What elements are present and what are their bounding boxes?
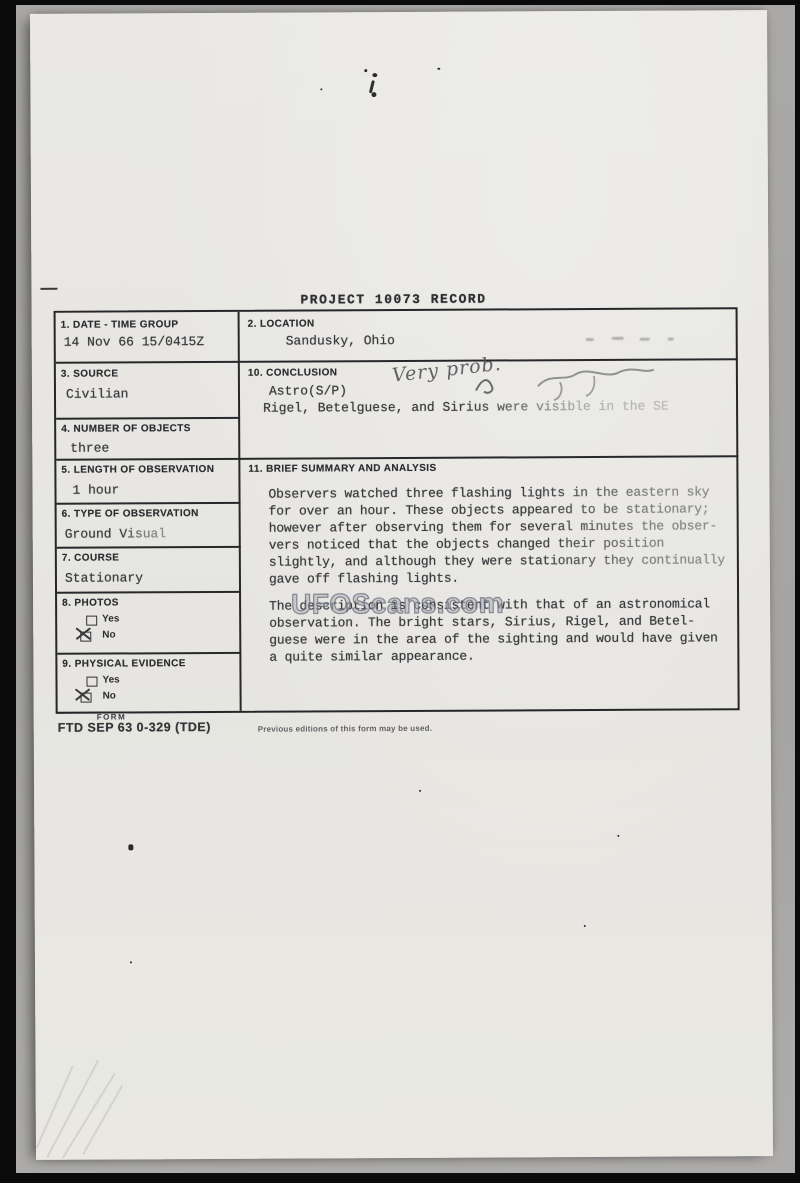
ink-speck (617, 835, 619, 837)
document-page: PROJECT 10073 RECORD 1. DATE - TIME GROU… (30, 10, 773, 1160)
paper-scratch (36, 1065, 74, 1148)
type-of-observation-label: 6. TYPE OF OBSERVATION (62, 508, 199, 520)
stray-dash-mark (40, 288, 57, 290)
ink-speck (437, 68, 440, 70)
footer-note: Previous editions of this form may be us… (258, 724, 432, 734)
photos-no-label: No (102, 629, 115, 640)
physical-evidence-yes-checkbox (86, 677, 97, 687)
ink-speck (364, 69, 367, 72)
row-divider (57, 591, 241, 594)
course-value: Stationary (65, 570, 143, 585)
physical-evidence-yes-label: Yes (102, 674, 119, 685)
summary-label: 11. BRIEF SUMMARY AND ANALYSIS (248, 463, 436, 475)
ink-speck (372, 73, 377, 77)
footer-form-id: FTD SEP 63 0-329 (TDE) (58, 720, 211, 735)
location-label: 2. LOCATION (248, 318, 315, 329)
physical-evidence-no-x-mark (75, 688, 91, 702)
faded-smudge (640, 338, 650, 341)
ink-speck (584, 925, 586, 927)
record-form-table: 1. DATE - TIME GROUP 14 Nov 66 15/0415Z … (54, 307, 740, 714)
conclusion-label: 10. CONCLUSION (248, 367, 338, 378)
physical-evidence-no-label: No (103, 690, 116, 701)
photos-label: 8. PHOTOS (62, 597, 119, 608)
ink-speck (130, 961, 132, 963)
type-of-observation-value: Ground Visual (65, 526, 166, 542)
location-value: Sandusky, Ohio (286, 333, 395, 349)
handwritten-scribble (468, 359, 698, 402)
ink-speck (371, 92, 376, 97)
summary-paragraph-1: Observers watched three flashing lights … (268, 483, 739, 587)
pencil-mark (128, 844, 133, 850)
photos-yes-label: Yes (102, 613, 119, 624)
faded-smudge (668, 338, 674, 341)
conclusion-value: Astro(S/P) (269, 383, 347, 398)
row-divider (56, 458, 240, 461)
photos-yes-checkbox (86, 616, 97, 626)
faded-smudge (612, 337, 624, 340)
date-time-group-label: 1. DATE - TIME GROUP (61, 319, 179, 331)
physical-evidence-label: 9. PHYSICAL EVIDENCE (62, 658, 185, 670)
number-of-objects-label: 4. NUMBER OF OBJECTS (61, 423, 191, 435)
ink-speck (419, 790, 421, 792)
row-divider (238, 455, 738, 460)
course-label: 7. COURSE (62, 552, 120, 563)
row-divider (57, 502, 241, 505)
faded-smudge (586, 338, 594, 341)
source-value: Civilian (66, 386, 128, 401)
source-label: 3. SOURCE (61, 368, 119, 379)
paper-scratch (82, 1084, 123, 1154)
number-of-objects-value: three (70, 441, 109, 456)
length-of-observation-label: 5. LENGTH OF OBSERVATION (61, 464, 214, 476)
ink-speck (320, 88, 322, 90)
photos-no-x-mark (75, 627, 91, 641)
watermark: UFOScans.com (291, 587, 504, 620)
row-divider (57, 546, 241, 549)
row-divider (56, 417, 240, 420)
page-title: PROJECT 10073 RECORD (53, 290, 733, 309)
row-divider (57, 652, 241, 655)
length-of-observation-value: 1 hour (72, 482, 119, 497)
date-time-group-value: 14 Nov 66 15/0415Z (64, 334, 205, 350)
